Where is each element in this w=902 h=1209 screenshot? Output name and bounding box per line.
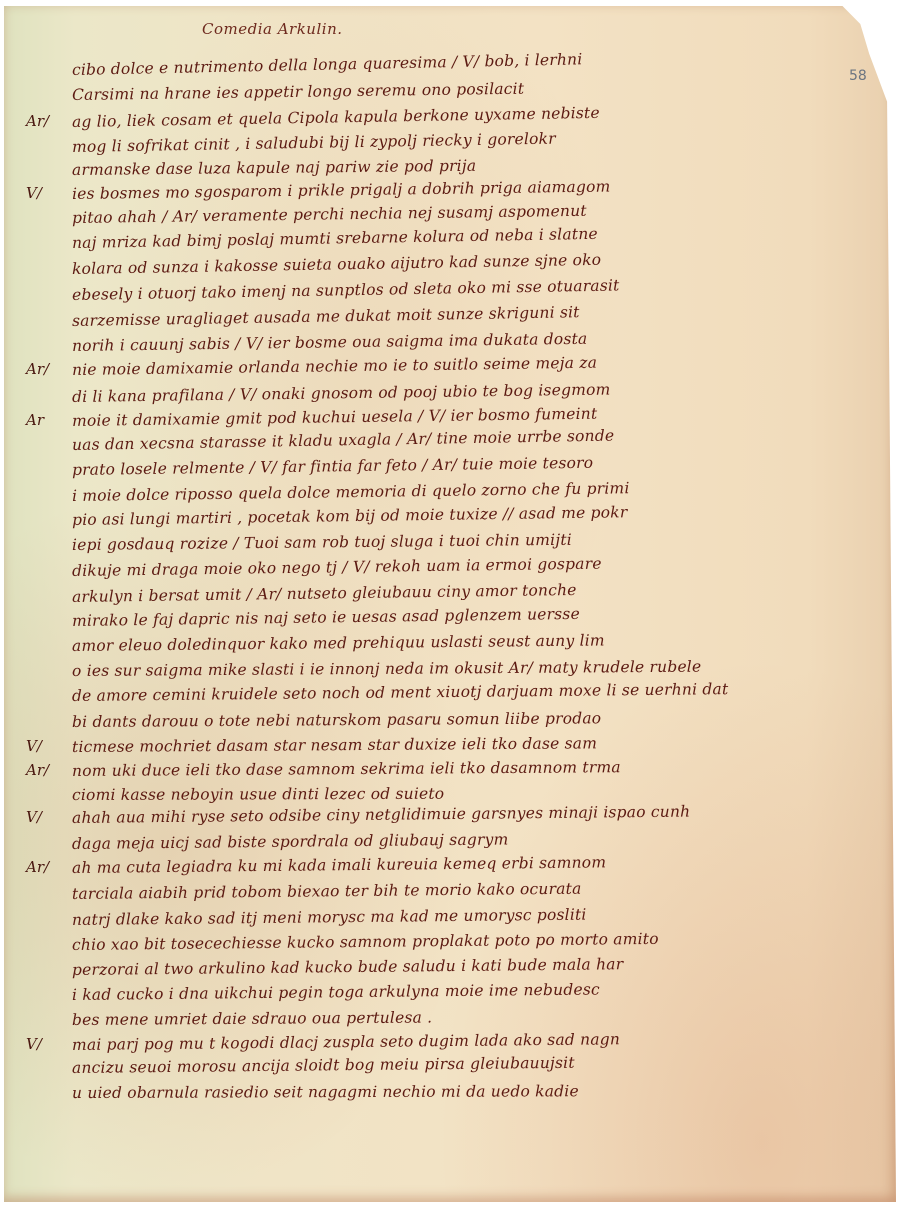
manuscript-line: i kad cucko i dna uikchui pegin toga ark…	[72, 977, 862, 1005]
speaker-marker: Ar/	[26, 858, 66, 876]
speaker-marker: V/	[26, 808, 66, 826]
speaker-marker: V/	[26, 184, 66, 202]
speaker-marker: Ar/	[26, 761, 66, 779]
manuscript-line: o ies sur saigma mike slasti i ie innonj…	[72, 655, 862, 681]
manuscript-line: ah ma cuta legiadra ku mi kada imali kur…	[72, 850, 862, 878]
manuscript-line: tarciala aiabih prid tobom biexao ter bi…	[72, 876, 862, 904]
folio-number: 82	[866, 30, 881, 44]
manuscript-line: dikuje mi draga moie oko nego tj / V/ re…	[72, 550, 862, 581]
speaker-marker: V/	[26, 737, 66, 755]
manuscript-line: prato losele relmente / V/ far fintia fa…	[72, 449, 862, 480]
speaker-marker: V/	[26, 1035, 66, 1053]
manuscript-line: chio xao bit tosecechiesse kucko samnom …	[72, 927, 862, 955]
manuscript-line: bes mene umriet daie sdrauo oua pertules…	[72, 1004, 862, 1030]
manuscript-line: u uied obarnula rasiedio seit nagagmi ne…	[72, 1080, 862, 1103]
manuscript-line: bi dants darouu o tote nebi naturskom pa…	[72, 706, 862, 732]
manuscript-line: natrj dlake kako sad itj meni morysc ma …	[72, 902, 862, 930]
manuscript-line: amor eleuo doledinquor kako med prehiquu…	[72, 628, 862, 656]
manuscript-line: perzorai al two arkulino kad kucko bude …	[72, 952, 862, 980]
manuscript-page: Comedia Arkulin. 82 58 Ar/V/Ar/ArV/Ar/V/…	[4, 6, 896, 1202]
document-title: Comedia Arkulin.	[202, 20, 343, 38]
manuscript-line: daga meja uicj sad biste spordrala od gl…	[72, 826, 862, 854]
manuscript-line: nom uki duce ieli tko dase samnom sekrim…	[72, 755, 862, 781]
manuscript-line: cibo dolce e nutrimento della longa quar…	[72, 43, 862, 80]
manuscript-line: ancizu seuoi morosu ancija sloidt bog me…	[72, 1050, 862, 1078]
speaker-marker: Ar	[26, 411, 66, 429]
manuscript-line: ticmese mochriet dasam star nesam star d…	[72, 731, 862, 757]
manuscript-line: de amore cemini kruidele seto noch od me…	[72, 678, 862, 706]
speaker-marker: Ar/	[26, 360, 66, 378]
speaker-marker: Ar/	[26, 112, 66, 130]
